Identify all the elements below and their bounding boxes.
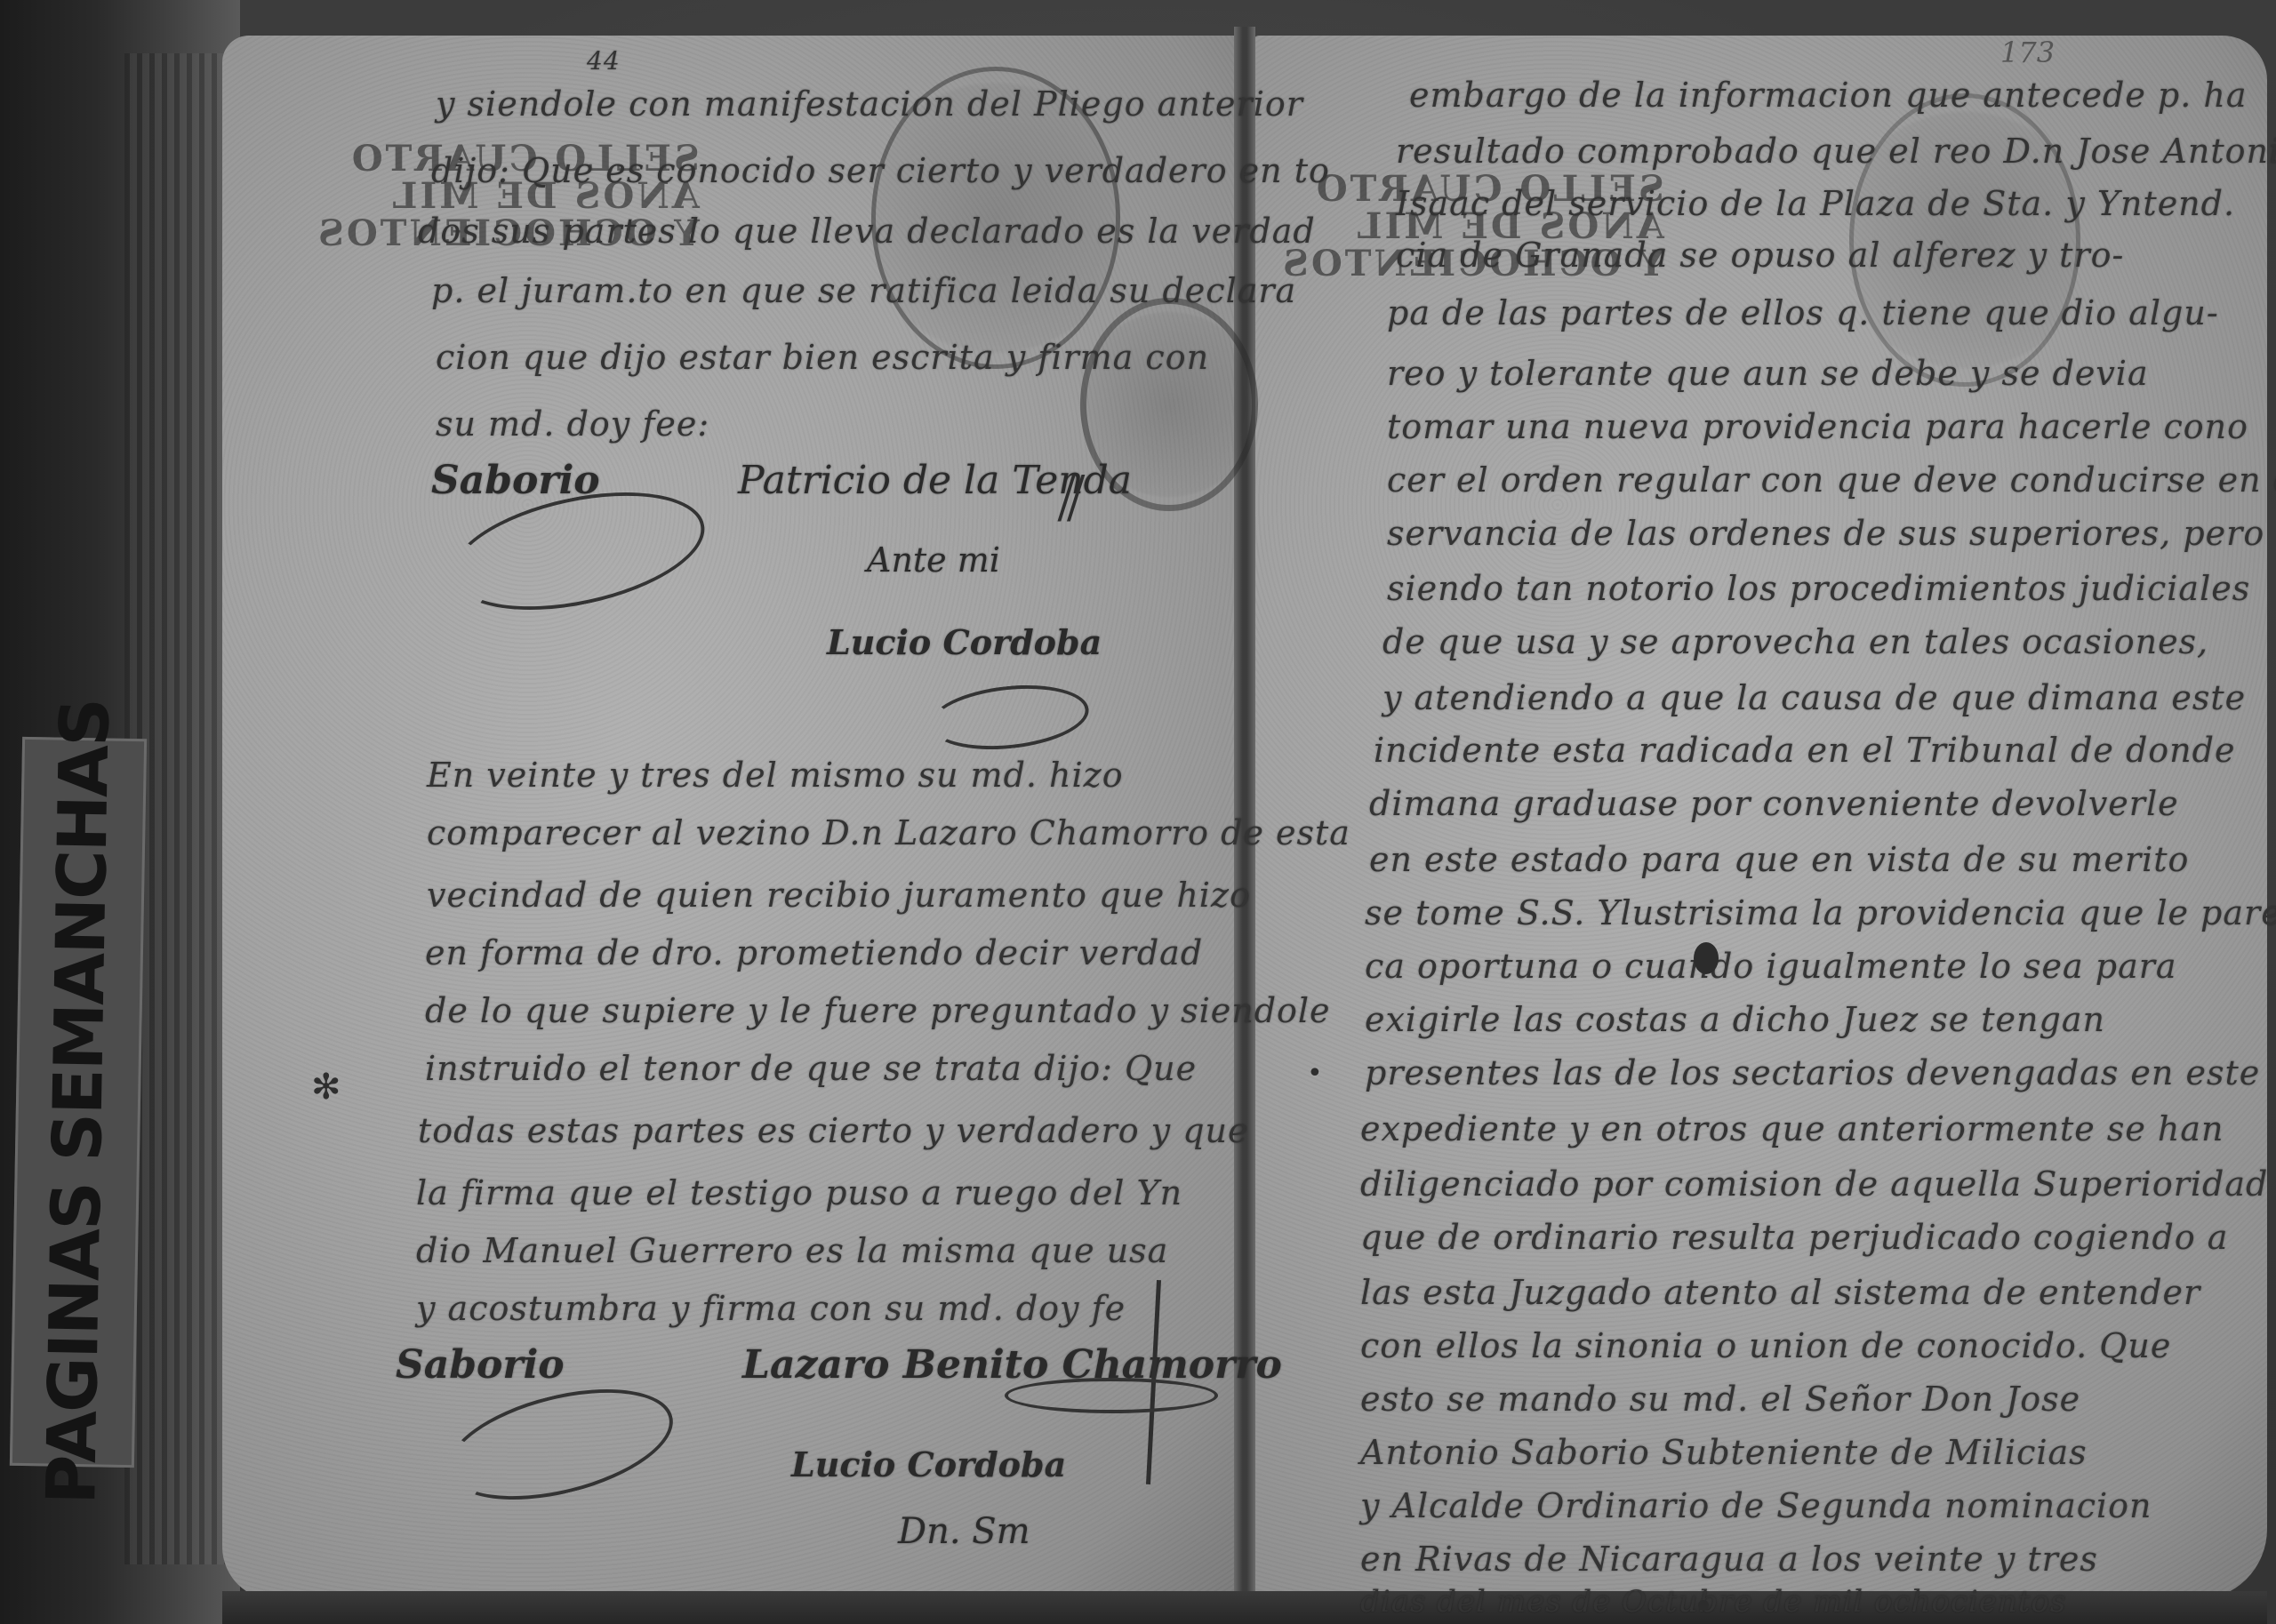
manuscript-line: reo y tolerante que aun se debe y se dev… [1387,354,2149,393]
manuscript-line: en forma de dro. prometiendo decir verda… [425,933,1203,972]
manuscript-line: pa de las partes de ellos q. tiene que d… [1387,293,2219,332]
manuscript-line: dimana graduase por conveniente devolver… [1369,784,2179,823]
manuscript-line: servancia de las ordenes de sus superior… [1387,514,2264,553]
signature-judge: Saborio [431,458,600,503]
manuscript-line: cia de Granada se opuso al alferez y tro… [1396,236,2124,275]
ink-blot [1698,1600,1709,1611]
manuscript-line: y Alcalde Ordinario de Segunda nominacio… [1360,1486,2152,1525]
folio-number: 173 [2000,36,2055,69]
signature-witness: Lazaro Benito Chamorro [742,1342,1282,1388]
manuscript-line: que de ordinario resulta perjudicado cog… [1360,1218,2228,1257]
manuscript-line: en Rivas de Nicaragua a los veinte y tre… [1360,1540,2098,1579]
attestation-ante-mi: Ante mi [867,540,1000,580]
manuscript-line: y acostumbra y firma con su md. doy fe [416,1289,1126,1328]
margin-mark: ✻ [311,1067,341,1108]
manuscript-line: esto se mando su md. el Señor Don Jose [1360,1380,2080,1419]
manuscript-line: instruido el tenor de que se trata dijo:… [425,1049,1197,1088]
signature-judge: Saborio [396,1342,565,1388]
manuscript-line: exigirle las costas a dicho Juez se teng… [1365,1000,2105,1039]
manuscript-line: se tome S.S. Ylustrisima la providencia … [1365,893,2276,932]
manuscript-line: dos sus partes lo que lleva declarado es… [418,212,1316,251]
manuscript-line: comparecer al vezino D.n Lazaro Chamorro… [427,813,1350,852]
manuscript-line: incidente esta radicada en el Tribunal d… [1374,731,2235,770]
closing-rubric: Dn. Sm [898,1511,1030,1552]
manuscript-line: ca oportuna o cuando igualmente lo sea p… [1365,947,2177,986]
manuscript-line: p. el juram.to en que se ratifica leida … [431,271,1296,310]
manuscript-line: cion que dijo estar bien escrita y firma… [436,338,1209,377]
manuscript-line: siendo tan notorio los procedimientos ju… [1387,569,2250,608]
margin-arrow-mark: • [1307,1058,1323,1089]
manuscript-line: presentes las de los sectarios devengada… [1365,1053,2260,1092]
spine-label: PAGINAS SEMANCHAS [10,737,147,1468]
manuscript-line: de que usa y se aprovecha en tales ocasi… [1382,622,2208,661]
manuscript-line: dias del mes de Octubre de mil ochocient… [1360,1584,2066,1620]
manuscript-line: las esta Juzgado atento al sistema de en… [1360,1273,2200,1312]
manuscript-line: vecindad de quien recibio juramento que … [427,876,1251,915]
top-mark: 44 [587,46,621,76]
signature-notary: Lucio Cordoba [791,1444,1066,1484]
manuscript-line: de lo que supiere y le fuere preguntado … [425,991,1331,1030]
manuscript-line: la firma que el testigo puso a ruego del… [416,1173,1182,1212]
manuscript-line: su md. doy fee: [436,404,709,444]
spine-label-text: PAGINAS SEMANCHAS [37,700,119,1506]
ink-blot [1694,942,1719,974]
rubric-loop [1005,1378,1218,1413]
manuscript-line: cer el orden regular con que deve conduc… [1387,460,2276,500]
signature-notary: Lucio Cordoba [827,622,1102,662]
manuscript-line: con ellos la sinonia o union de conocido… [1360,1326,2171,1365]
manuscript-line: en este estado para que en vista de su m… [1369,840,2189,879]
manuscript-line: y atendiendo a que la causa de que diman… [1382,678,2246,717]
manuscript-line: y siendole con manifestacion del Pliego … [436,84,1303,124]
manuscript-line: todas estas partes es cierto y verdadero… [418,1111,1249,1150]
manuscript-line: Isaac del servicio de la Plaza de Sta. y… [1396,184,2235,223]
manuscript-line: diligenciado por comision de aquella Sup… [1360,1164,2268,1204]
manuscript-line: expediente y en otros que anteriormente … [1360,1109,2224,1148]
manuscript-line: dio Manuel Guerrero es la misma que usa [416,1231,1168,1270]
manuscript-line: tomar una nueva providencia para hacerle… [1387,407,2248,446]
manuscript-line: En veinte y tres del mismo su md. hizo [427,756,1124,795]
manuscript-line: resultado comprobado que el reo D.n Jose… [1396,132,2276,171]
manuscript-line: dijo: Que es conocido ser cierto y verda… [431,151,1330,190]
manuscript-line: Antonio Saborio Subteniente de Milicias [1360,1433,2088,1472]
rubric-strokes: ⫽ [1058,462,1086,536]
manuscript-line: embargo de la informacion que antecede p… [1409,76,2248,115]
